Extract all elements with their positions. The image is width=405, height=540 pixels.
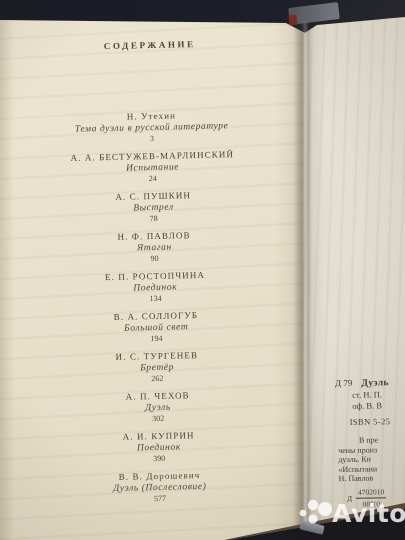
toc-entry: А. П. ЧЕХОВ Дуэль 302	[5, 387, 312, 427]
catalog-title: Дуэль	[361, 378, 389, 388]
toc-entry: Е. П. РОСТОПЧИНА Поединок 134	[2, 268, 309, 308]
avito-watermark: Avito	[292, 496, 405, 534]
catalog-credit-line: оф. В. В	[335, 399, 405, 412]
toc-entry: А. С. ПУШКИН Выстрел 78	[0, 188, 307, 228]
toc-entry: И. С. ТУРГЕНЕВ Бретёр 262	[4, 348, 311, 388]
toc-entry: В. В. Дорошевич Дуэль (Послесловие) 577	[6, 467, 313, 507]
isbn-line: ISBN 5-25	[336, 415, 405, 428]
annotation-line: Н. Павлов	[337, 472, 405, 484]
table-of-contents: СОДЕРЖАНИЕ Н. Утехин Тема дуэли в русско…	[0, 37, 313, 515]
avito-wordmark: Avito	[332, 499, 405, 528]
book-photo: СОДЕРЖАНИЕ Н. Утехин Тема дуэли в русско…	[0, 0, 405, 540]
catalog-card: Д 79Дуэль ст. Н. П. оф. В. В ISBN 5-25 В…	[335, 375, 405, 509]
toc-entry: В. А. СОЛЛОГУБ Большой свет 194	[3, 308, 310, 348]
toc-entry: А. А. БЕСТУЖЕВ-МАРЛИНСКИЙ Испытание 24	[0, 148, 306, 188]
toc-entry: Н. Ф. ПАВЛОВ Ятаган 90	[1, 228, 308, 268]
toc-entry: Н. Утехин Тема дуэли в русской литератур…	[0, 108, 305, 148]
catalog-code-line: Д 79Дуэль	[335, 375, 405, 390]
catalog-code: Д 79	[335, 378, 353, 388]
toc-entry: А. И. КУПРИН Поединок 390	[6, 427, 313, 467]
avito-logo-icon	[292, 496, 332, 534]
spine-headband	[289, 15, 298, 26]
annotation-block: В пре чены произ дуэль. Кн «Испытани Н. …	[336, 434, 405, 484]
